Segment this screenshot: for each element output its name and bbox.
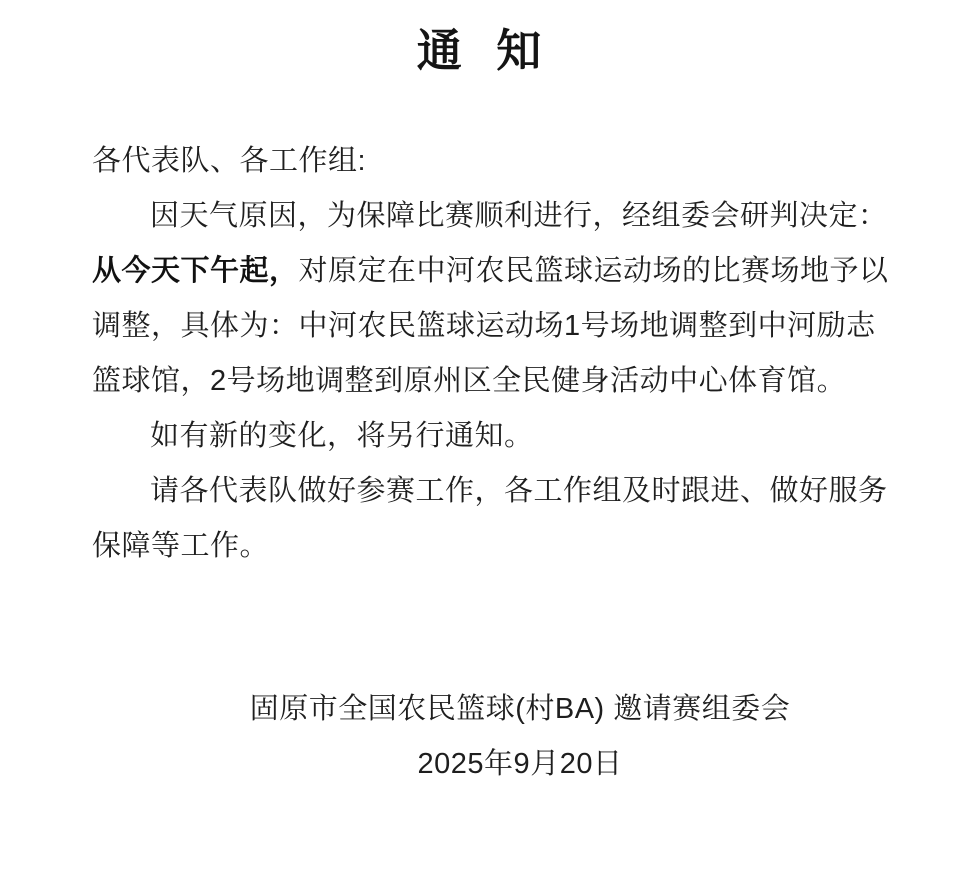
- body-line-2-rest: 对原定在中河农民篮球运动场的比赛场地予以: [299, 255, 889, 287]
- body-line-3: 调整，具体为：中河农民篮球运动场1号场地调整到中河励志: [92, 299, 880, 354]
- body-line-7: 保障等工作。: [92, 519, 880, 574]
- signature-line: 固原市全国农民篮球(村BA) 邀请赛组委会: [80, 682, 960, 737]
- body-line-6: 请各代表队做好参赛工作，各工作组及时跟进、做好服务: [92, 464, 880, 519]
- body-line-4: 篮球馆，2号场地调整到原州区全民健身活动中心体育馆。: [92, 354, 880, 409]
- notice-body: 各代表队、各工作组: 因天气原因，为保障比赛顺利进行，经组委会研判决定： 从今天…: [92, 134, 880, 574]
- closing-block: 固原市全国农民篮球(村BA) 邀请赛组委会 2025年9月20日: [0, 682, 960, 792]
- date-line: 2025年9月20日: [80, 737, 960, 792]
- notice-document: 通 知 各代表队、各工作组: 因天气原因，为保障比赛顺利进行，经组委会研判决定：…: [0, 0, 960, 878]
- notice-title: 通 知: [0, 0, 960, 80]
- body-line-5: 如有新的变化，将另行通知。: [92, 409, 880, 464]
- body-line-1: 因天气原因，为保障比赛顺利进行，经组委会研判决定：: [92, 189, 880, 244]
- bold-effective-time: 从今天下午起，: [92, 255, 299, 287]
- body-line-2: 从今天下午起，对原定在中河农民篮球运动场的比赛场地予以: [92, 244, 880, 299]
- salutation-line: 各代表队、各工作组:: [92, 134, 880, 189]
